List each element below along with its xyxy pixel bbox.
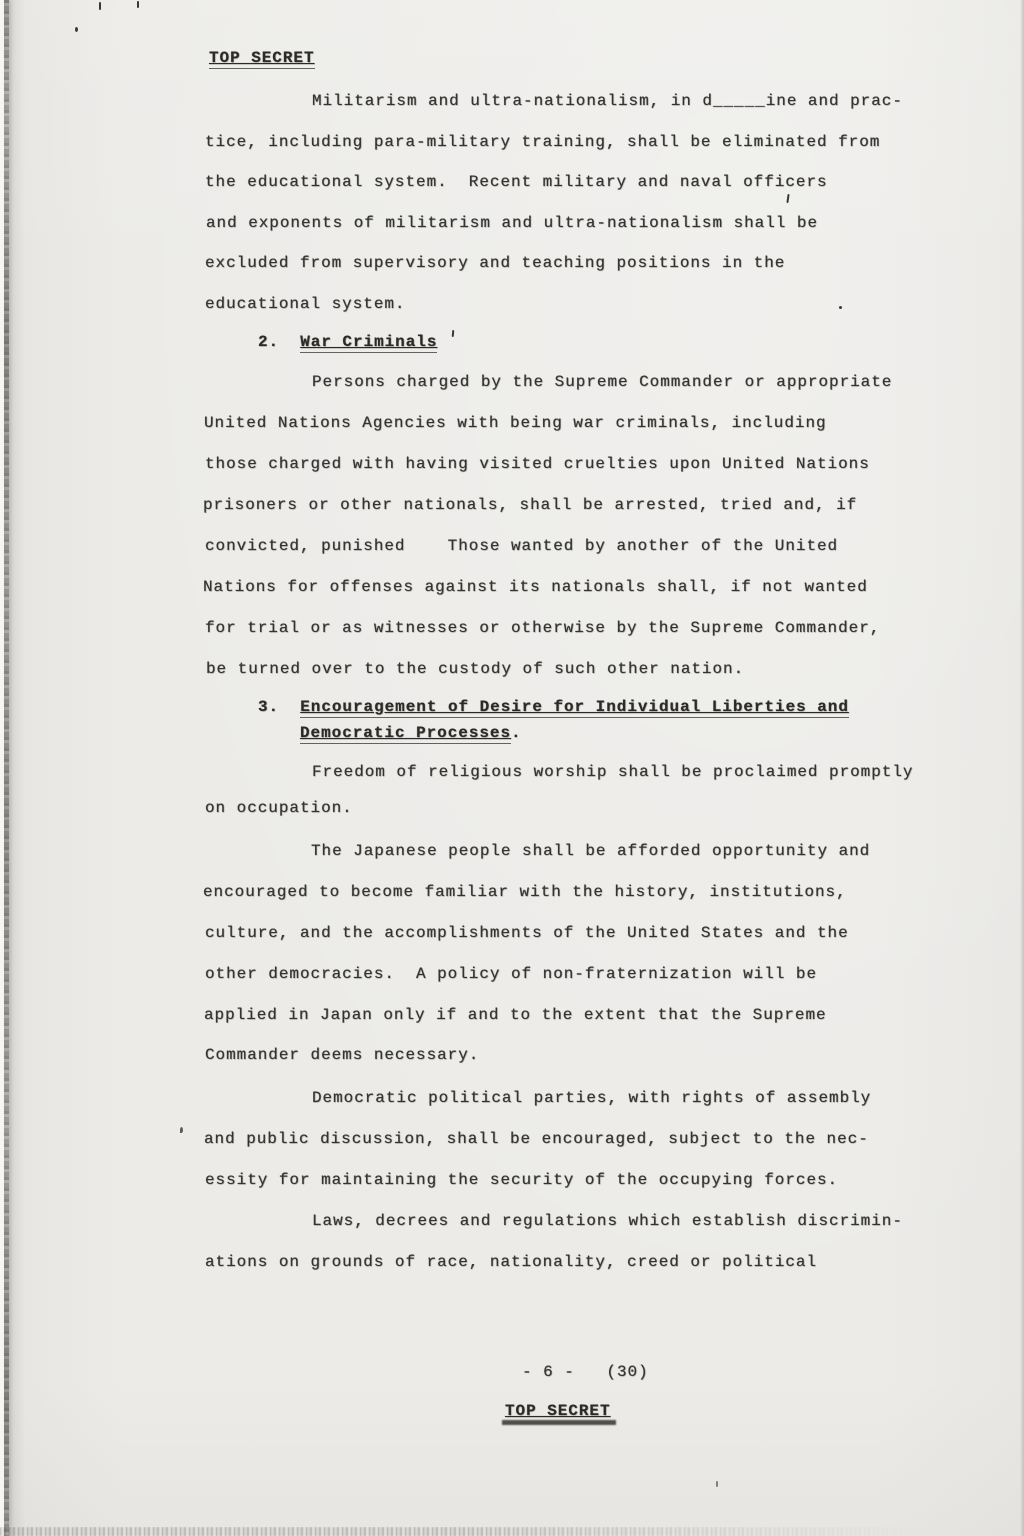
body-line: the educational system. Recent military …	[205, 172, 828, 193]
text-segment: Commander deems necessary.	[205, 1046, 479, 1064]
body-line: essity for maintaining the security of t…	[205, 1170, 838, 1191]
body-line: applied in Japan only if and to the exte…	[204, 1005, 827, 1026]
text-segment: - 6 - (30)	[522, 1363, 649, 1381]
body-line: United Nations Agencies with being war c…	[204, 413, 827, 434]
text-segment: The Japanese people shall be afforded op…	[311, 842, 870, 860]
text-segment: 2.	[258, 333, 279, 351]
body-line: Persons charged by the Supreme Commander…	[312, 372, 892, 393]
body-line: Laws, decrees and regulations which esta…	[312, 1211, 903, 1232]
text-segment: for trial or as witnesses or otherwise b…	[205, 619, 880, 637]
text-segment: TOP SECRET	[209, 49, 315, 69]
ink-speck	[75, 27, 78, 32]
text-segment: applied in Japan only if and to the exte…	[204, 1006, 827, 1024]
text-segment: War Criminals	[300, 333, 437, 353]
text-segment: essity for maintaining the security of t…	[205, 1171, 838, 1189]
scan-right-edge	[1020, 0, 1024, 1536]
text-segment: educational system.	[205, 295, 405, 313]
text-segment	[279, 698, 300, 716]
text-segment: tice, including para-military training, …	[205, 133, 880, 151]
text-segment: .	[511, 724, 522, 742]
text-segment: Freedom of religious worship shall be pr…	[312, 763, 913, 781]
text-segment: be turned over to the custody of such ot…	[206, 660, 744, 678]
body-line: Commander deems necessary.	[205, 1045, 479, 1066]
text-segment: and exponents of militarism and ultra-na…	[206, 214, 818, 232]
ink-speck	[180, 1127, 183, 1133]
body-line: those charged with having visited cruelt…	[205, 454, 870, 475]
text-segment: on occupation.	[205, 799, 353, 817]
text-segment: prisoners or other nationals, shall be a…	[203, 496, 857, 514]
scanned-document-page: TOP SECRETMilitarism and ultra-nationali…	[0, 0, 1024, 1536]
text-segment: Nations for offenses against its nationa…	[203, 578, 868, 596]
text-segment: Encouragement of Desire for Individual L…	[300, 698, 849, 718]
body-line: Nations for offenses against its nationa…	[203, 577, 868, 598]
ink-speck	[137, 1, 139, 8]
text-segment: other democracies. A policy of non-frate…	[205, 965, 817, 983]
body-line: Democratic political parties, with right…	[312, 1088, 871, 1109]
body-line: and public discussion, shall be encourag…	[204, 1129, 869, 1150]
body-line: educational system.	[205, 294, 405, 315]
page-number: - 6 - (30)	[522, 1362, 649, 1383]
text-segment: culture, and the accomplishments of the …	[205, 924, 849, 942]
text-segment: Laws, decrees and regulations which esta…	[312, 1212, 903, 1230]
text-segment: TOP SECRET	[505, 1402, 611, 1420]
text-segment: ations on grounds of race, nationality, …	[205, 1253, 817, 1271]
text-segment: and public discussion, shall be encourag…	[204, 1130, 869, 1148]
text-segment: encouraged to become familiar with the h…	[203, 883, 847, 901]
text-segment	[279, 333, 300, 351]
section-heading: 2. War Criminals	[258, 332, 437, 353]
ink-speck	[716, 1481, 718, 1487]
text-segment: convicted, punished Those wanted by anot…	[205, 537, 838, 555]
classification-footer: TOP SECRET	[505, 1401, 611, 1422]
body-line: for trial or as witnesses or otherwise b…	[205, 618, 880, 639]
body-line: ations on grounds of race, nationality, …	[205, 1252, 817, 1273]
ink-speck	[99, 2, 101, 10]
body-line: on occupation.	[205, 798, 353, 819]
text-segment: United Nations Agencies with being war c…	[204, 414, 827, 432]
body-line: convicted, punished Those wanted by anot…	[205, 536, 838, 557]
body-line: The Japanese people shall be afforded op…	[311, 841, 870, 862]
section-heading-line2: Democratic Processes.	[300, 723, 522, 744]
body-line: prisoners or other nationals, shall be a…	[203, 495, 857, 516]
ink-speck	[452, 330, 455, 337]
text-segment: the educational system. Recent military …	[205, 173, 828, 191]
text-segment: those charged with having visited cruelt…	[205, 455, 870, 473]
ink-speck	[786, 194, 789, 203]
body-line: encouraged to become familiar with the h…	[203, 882, 847, 903]
body-line: other democracies. A policy of non-frate…	[205, 964, 817, 985]
body-line: Militarism and ultra-nationalism, in d__…	[312, 91, 903, 112]
scan-edge-shadow	[9, 0, 25, 1536]
section-heading: 3. Encouragement of Desire for Individua…	[258, 697, 849, 718]
body-line: Freedom of religious worship shall be pr…	[312, 762, 913, 783]
text-segment: Militarism and ultra-nationalism, in d__…	[312, 92, 903, 110]
body-line: and exponents of militarism and ultra-na…	[206, 213, 818, 234]
text-segment: 3.	[258, 698, 279, 716]
body-line: excluded from supervisory and teaching p…	[205, 253, 785, 274]
classification-header: TOP SECRET	[209, 48, 315, 69]
scan-bottom-smudge	[0, 1527, 940, 1536]
ink-speck	[839, 306, 842, 309]
text-segment: Persons charged by the Supreme Commander…	[312, 373, 892, 391]
body-line: be turned over to the custody of such ot…	[206, 659, 744, 680]
text-segment: Democratic political parties, with right…	[312, 1089, 871, 1107]
body-line: tice, including para-military training, …	[205, 132, 880, 153]
text-segment: excluded from supervisory and teaching p…	[205, 254, 785, 272]
body-line: culture, and the accomplishments of the …	[205, 923, 849, 944]
text-segment: Democratic Processes	[300, 724, 511, 744]
